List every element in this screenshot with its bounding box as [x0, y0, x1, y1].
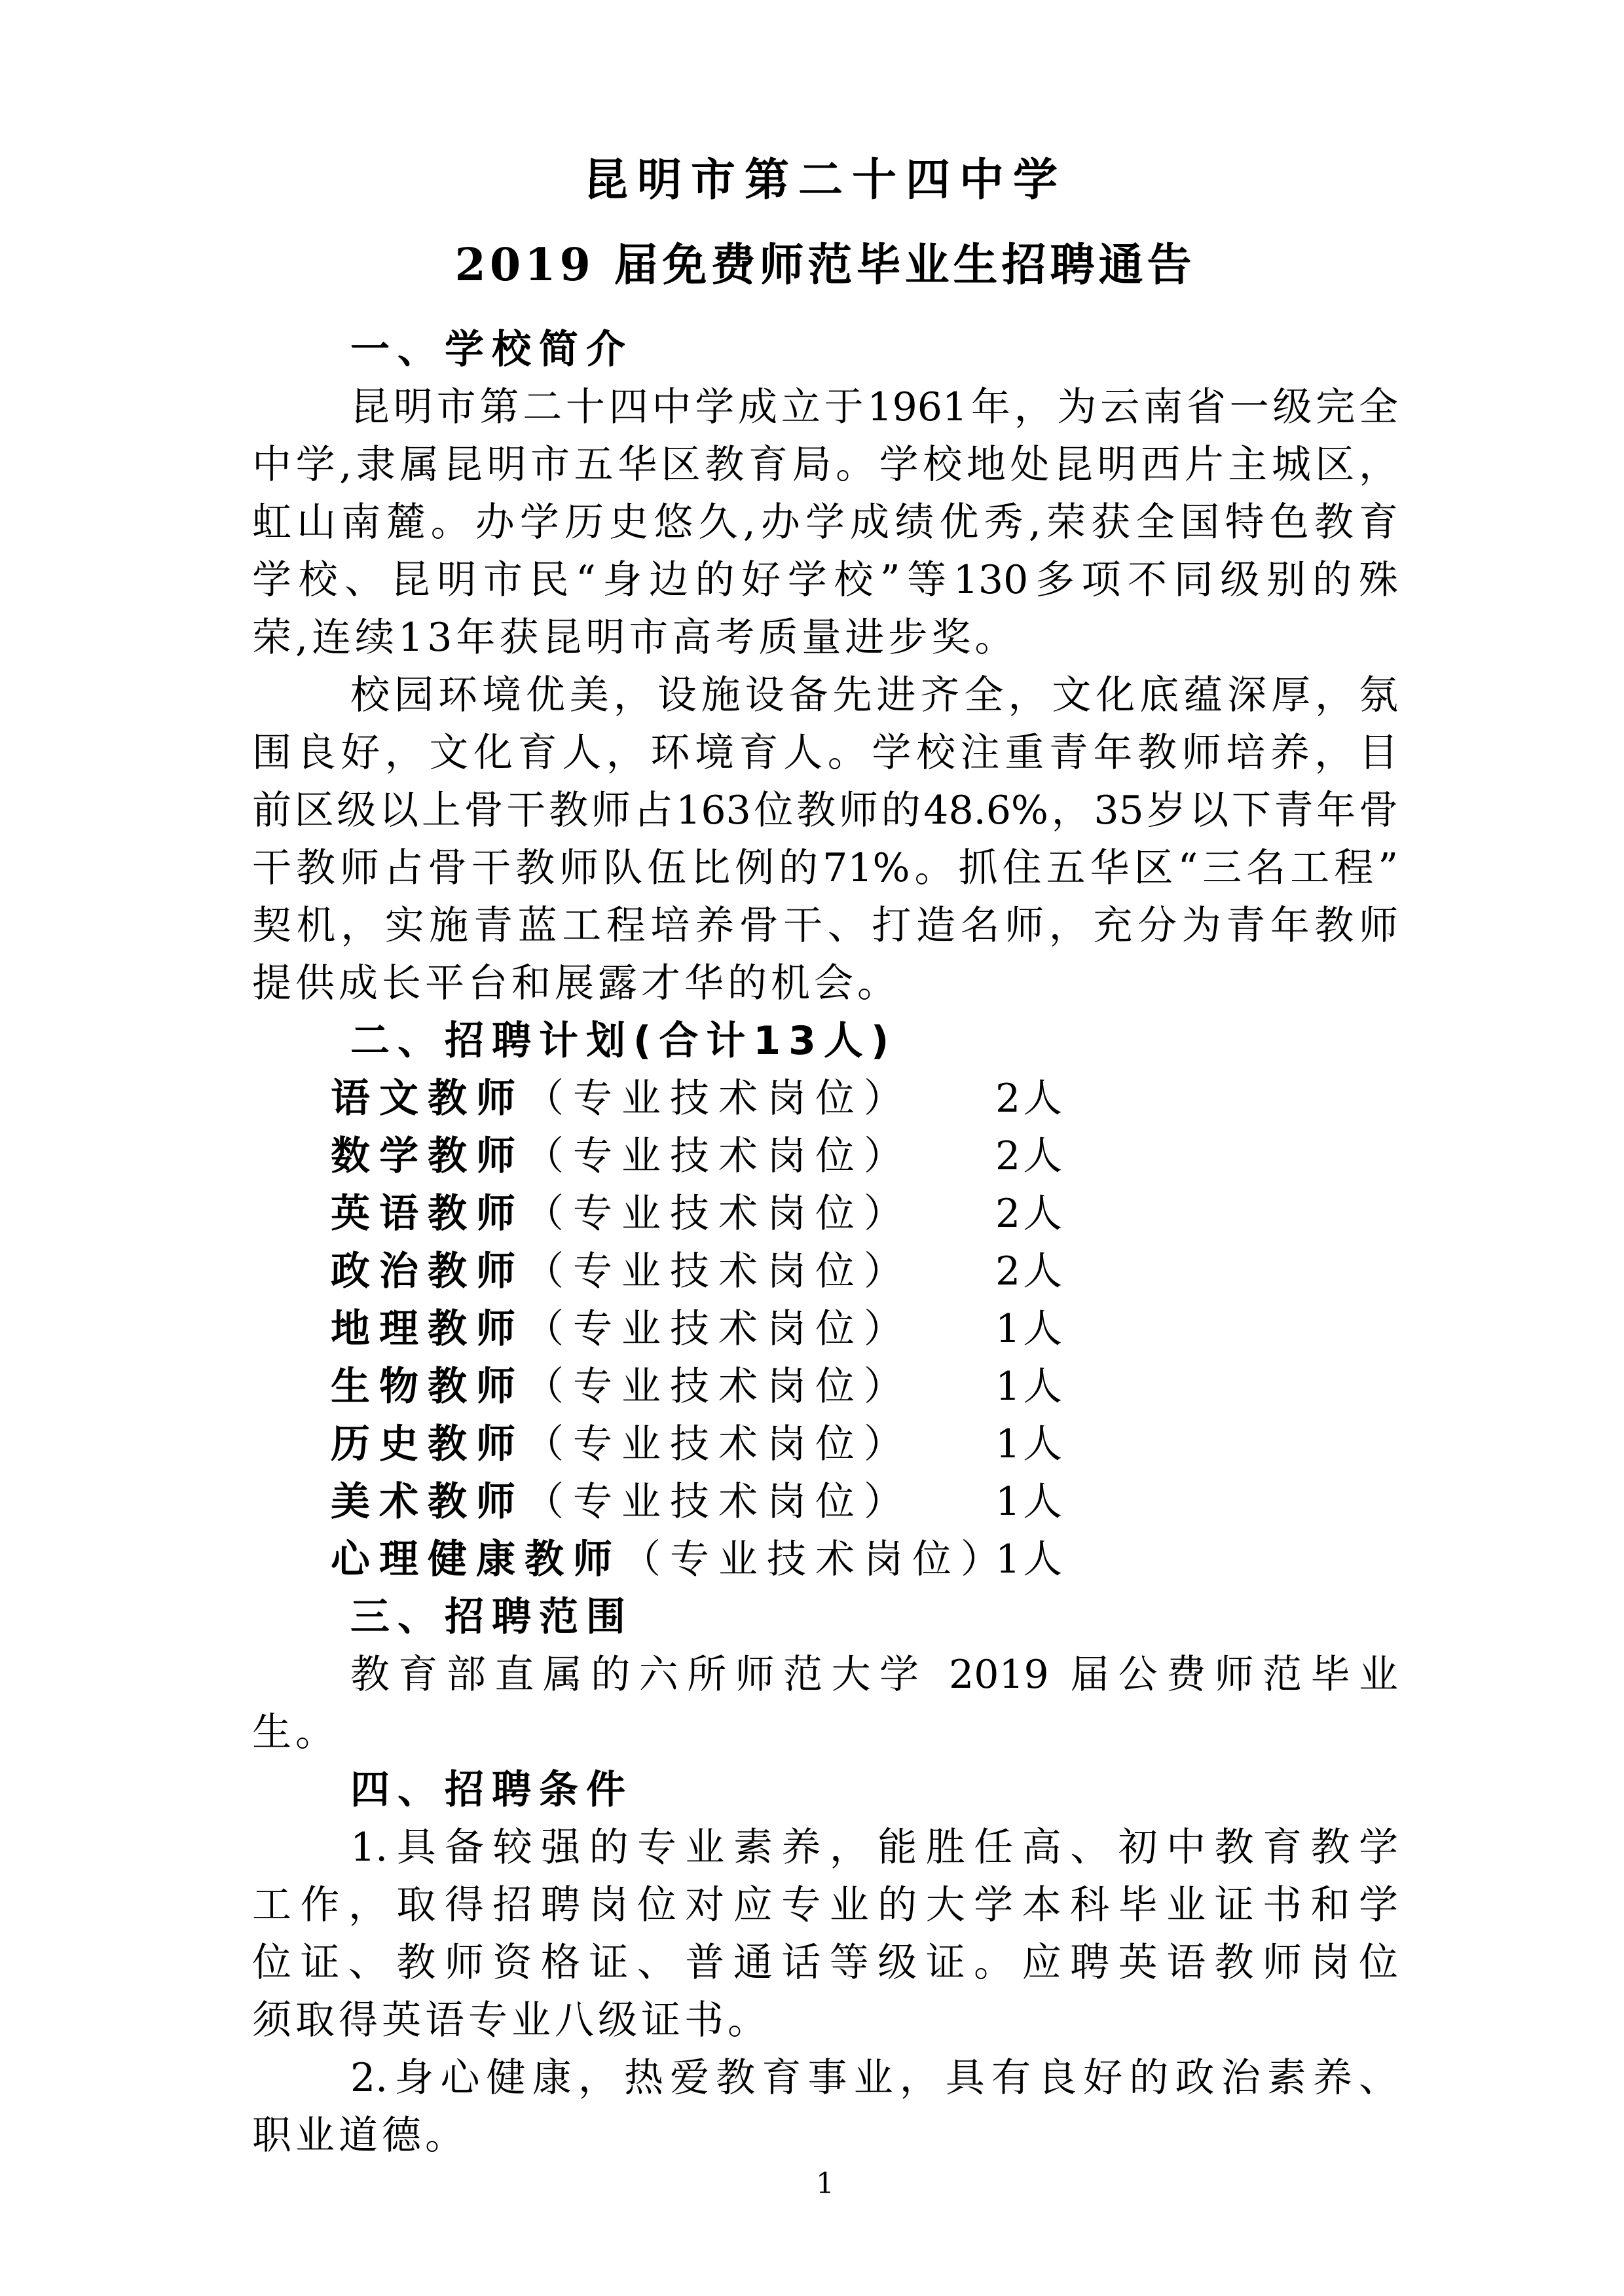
- plan-position: （专业技术岗位）: [525, 1076, 912, 1121]
- plan-subject: 英语教师: [331, 1191, 525, 1237]
- plan-label: 数学教师（专业技术岗位）: [252, 1133, 912, 1179]
- plan-subject: 美术教师: [331, 1479, 525, 1525]
- document-page: 昆明市第二十四中学 2019 届免费师范毕业生招聘通告 一、学校简介 昆明市第二…: [0, 0, 1624, 2296]
- para2-line-2: 围良好，文化育人，环境育人。学校注重青年教师培养，目: [252, 724, 1398, 782]
- plan-subject: 数学教师: [331, 1133, 525, 1179]
- para5-line-1: 2.身心健康，热爱教育事业，具有良好的政治素养、: [252, 2049, 1398, 2107]
- plan-subject: 政治教师: [331, 1248, 525, 1294]
- plan-row: 地理教师（专业技术岗位） 1人: [252, 1300, 1398, 1358]
- plan-count: 2人: [995, 1185, 1065, 1243]
- plan-subject: 心理健康教师: [331, 1537, 621, 1582]
- para1-line-4: 学校、昆明市民“身边的好学校”等130多项不同级别的殊: [252, 551, 1398, 609]
- para4-line-4: 须取得英语专业八级证书。: [252, 1992, 1398, 2049]
- plan-subject: 地理教师: [331, 1306, 525, 1352]
- para4-line-1: 1.具备较强的专业素养，能胜任高、初中教育教学: [252, 1819, 1398, 1876]
- para1-line-1: 昆明市第二十四中学成立于1961年，为云南省一级完全: [252, 378, 1398, 436]
- plan-row: 政治教师（专业技术岗位） 2人: [252, 1243, 1398, 1300]
- para2-line-3: 前区级以上骨干教师占163位教师的48.6%，35岁以下青年骨: [252, 782, 1398, 839]
- plan-label: 政治教师（专业技术岗位）: [252, 1248, 912, 1294]
- para1-line-2: 中学,隶属昆明市五华区教育局。学校地处昆明西片主城区，: [252, 436, 1398, 494]
- plan-count: 1人: [995, 1358, 1065, 1415]
- plan-row: 语文教师（专业技术岗位） 2人: [252, 1070, 1398, 1127]
- plan-position: （专业技术岗位）: [525, 1191, 912, 1237]
- plan-label: 地理教师（专业技术岗位）: [252, 1306, 912, 1352]
- plan-position: （专业技术岗位）: [525, 1364, 912, 1410]
- para4-line-3: 位证、教师资格证、普通话等级证。应聘英语教师岗位: [252, 1934, 1398, 1992]
- plan-count: 1人: [995, 1300, 1065, 1358]
- title-body-gap: [252, 308, 1398, 321]
- plan-count: 2人: [995, 1127, 1065, 1185]
- plan-position: （专业技术岗位）: [525, 1248, 912, 1294]
- para2-line-1: 校园环境优美，设施设备先进齐全，文化底蕴深厚，氛: [252, 666, 1398, 724]
- para1-line-5: 荣,连续13年获昆明市高考质量进步奖。: [252, 609, 1398, 666]
- plan-count: 2人: [995, 1243, 1065, 1300]
- para1-line-3: 虹山南麓。办学历史悠久,办学成绩优秀,荣获全国特色教育: [252, 494, 1398, 551]
- section1-heading: 一、学校简介: [252, 321, 1398, 378]
- plan-count: 1人: [995, 1415, 1065, 1473]
- para4-line-2: 工作，取得招聘岗位对应专业的大学本科毕业证书和学: [252, 1876, 1398, 1934]
- plan-row: 数学教师（专业技术岗位） 2人: [252, 1127, 1398, 1185]
- plan-row: 心理健康教师（专业技术岗位） 1人: [252, 1531, 1398, 1588]
- para5-line-2: 职业道德。: [252, 2107, 1398, 2164]
- plan-label: 历史教师（专业技术岗位）: [252, 1421, 912, 1467]
- plan-count: 1人: [995, 1473, 1065, 1531]
- plan-position: （专业技术岗位）: [525, 1421, 912, 1467]
- plan-subject: 历史教师: [331, 1421, 525, 1467]
- plan-label: 美术教师（专业技术岗位）: [252, 1479, 912, 1525]
- section3-heading: 三、招聘范围: [252, 1588, 1398, 1646]
- plan-label: 语文教师（专业技术岗位）: [252, 1076, 912, 1121]
- section2-heading: 二、招聘计划(合计13人): [252, 1012, 1398, 1070]
- section4-heading: 四、招聘条件: [252, 1761, 1398, 1819]
- doc-title-line-2: 2019 届免费师范毕业生招聘通告: [252, 223, 1398, 308]
- plan-row: 英语教师（专业技术岗位） 2人: [252, 1185, 1398, 1243]
- para2-line-4: 干教师占骨干教师队伍比例的71%。抓住五华区“三名工程”: [252, 839, 1398, 897]
- plan-row: 生物教师（专业技术岗位） 1人: [252, 1358, 1398, 1415]
- plan-label: 生物教师（专业技术岗位）: [252, 1364, 912, 1410]
- plan-label: 心理健康教师（专业技术岗位）: [252, 1537, 1009, 1582]
- plan-position: （专业技术岗位）: [525, 1306, 912, 1352]
- plan-position: （专业技术岗位）: [621, 1537, 1009, 1582]
- plan-subject: 生物教师: [331, 1364, 525, 1410]
- plan-position: （专业技术岗位）: [525, 1133, 912, 1179]
- para2-line-5: 契机，实施青蓝工程培养骨干、打造名师，充分为青年教师: [252, 897, 1398, 955]
- para2-line-6: 提供成长平台和展露才华的机会。: [252, 955, 1398, 1012]
- plan-row: 美术教师（专业技术岗位） 1人: [252, 1473, 1398, 1531]
- plan-row: 历史教师（专业技术岗位） 1人: [252, 1415, 1398, 1473]
- para3-line-1: 教育部直属的六所师范大学 2019 届公费师范毕业: [252, 1646, 1398, 1704]
- plan-position: （专业技术岗位）: [525, 1479, 912, 1525]
- doc-title-line-1: 昆明市第二十四中学: [252, 137, 1398, 223]
- plan-count: 1人: [995, 1531, 1065, 1588]
- plan-subject: 语文教师: [331, 1076, 525, 1121]
- plan-count: 2人: [995, 1070, 1065, 1127]
- page-number: 1: [252, 2164, 1398, 2204]
- plan-label: 英语教师（专业技术岗位）: [252, 1191, 912, 1237]
- para3-line-2: 生。: [252, 1704, 1398, 1761]
